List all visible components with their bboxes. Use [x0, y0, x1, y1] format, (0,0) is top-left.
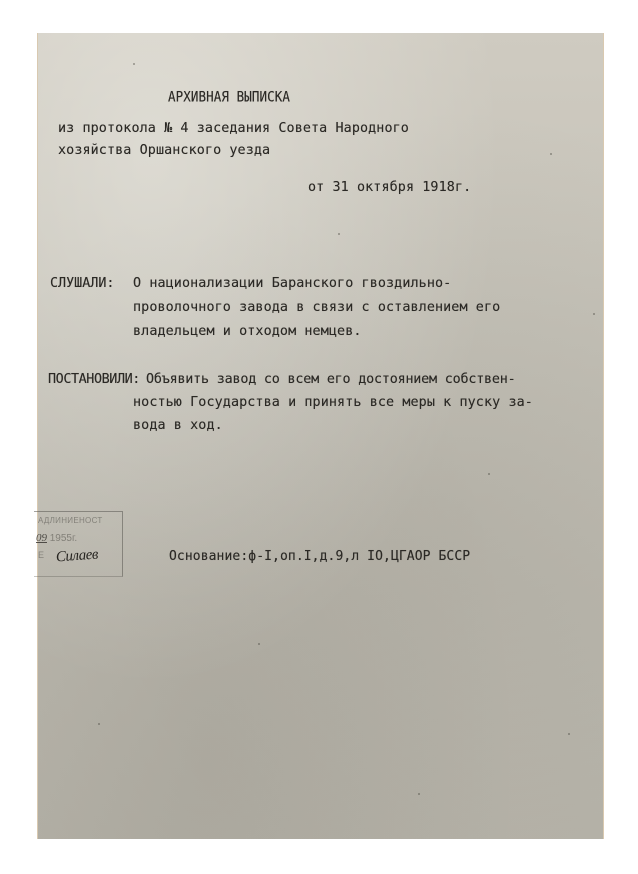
heard-line-2: проволочного завода в связи с оставление… — [133, 300, 500, 315]
paper-speck — [258, 643, 260, 645]
paper-speck — [593, 313, 595, 315]
resolved-line-1: Объявить завод со всем его достоянием со… — [146, 372, 516, 387]
header-line-1: из протокола № 4 заседания Совета Народн… — [58, 121, 409, 136]
heard-line-3: владельцем и отходом немцев. — [133, 324, 362, 339]
paper-speck — [568, 733, 570, 735]
stamp-line-2: 09 1955г. — [36, 532, 77, 544]
stamp-year: 1955 — [50, 533, 72, 544]
resolved-label: ПОСТАНОВИЛИ: — [48, 372, 140, 387]
heard-line-1: О национализации Баранского гвоздильно- — [133, 276, 451, 291]
heard-label: СЛУШАЛИ: — [50, 276, 115, 291]
paper-speck — [338, 233, 340, 235]
header-line-2: хозяйства Оршанского уезда — [58, 143, 270, 158]
paper-speck — [133, 63, 135, 65]
paper-speck — [98, 723, 100, 725]
paper-speck — [488, 473, 490, 475]
stamp-line-1: АДЛИНИЕНОСТ — [38, 516, 103, 525]
paper-speck — [550, 153, 552, 155]
basis-reference: Основание:ф-I,оп.I,д.9,л IO,ЦГАОР БССР — [169, 549, 470, 564]
document-date: от 31 октября 1918г. — [308, 180, 471, 195]
stamp-year-suffix: г. — [72, 533, 77, 544]
archival-document-page: АРХИВНАЯ ВЫПИСКА из протокола № 4 заседа… — [37, 33, 604, 839]
handwritten-signature: Силаев — [55, 547, 98, 567]
resolved-line-3: вода в ход. — [133, 418, 223, 433]
resolved-line-2: ностью Государства и принять все меры к … — [133, 395, 533, 410]
document-title: АРХИВНАЯ ВЫПИСКА — [168, 88, 290, 105]
paper-speck — [418, 793, 420, 795]
stamp-line-3: Е — [38, 550, 44, 560]
archive-stamp: АДЛИНИЕНОСТ 09 1955г. Е Силаев — [34, 511, 123, 577]
stamp-handwritten-day: 09 — [36, 532, 47, 544]
